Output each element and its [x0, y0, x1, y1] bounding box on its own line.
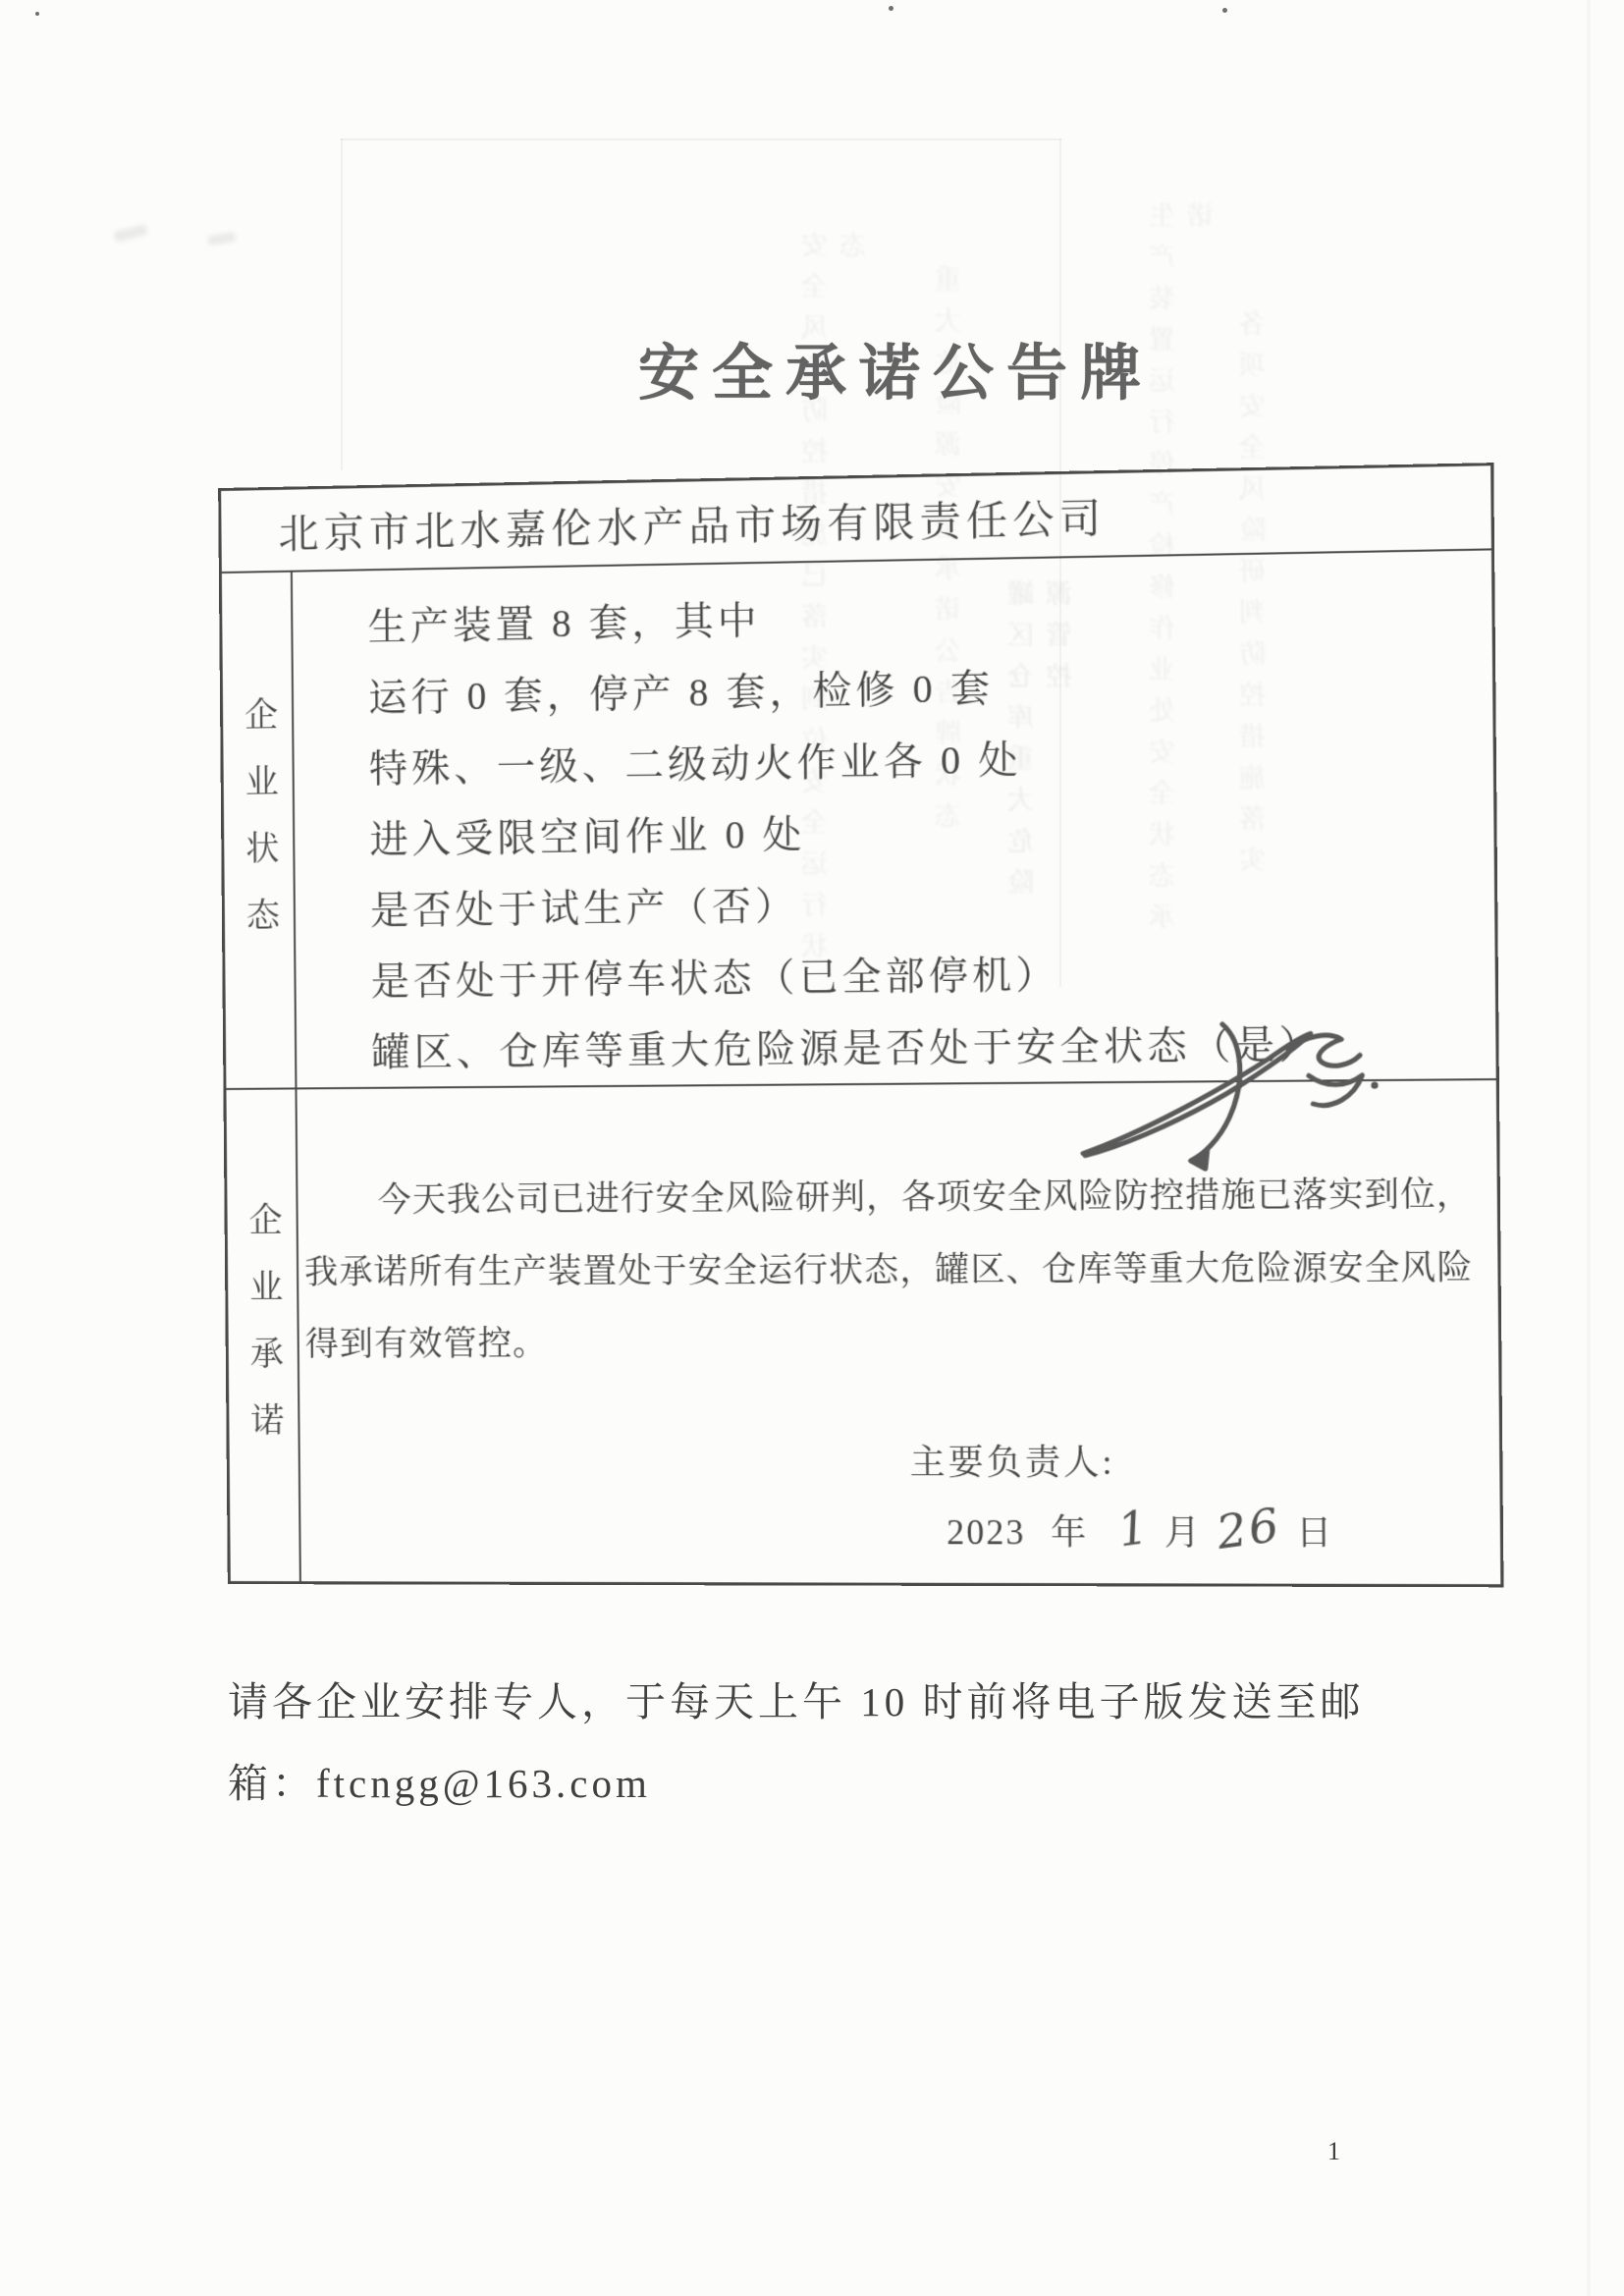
handwritten-day: 26: [1214, 1498, 1285, 1559]
status-line: 进入受限空间作业 0 处: [369, 791, 1494, 877]
scan-streak: [1587, 0, 1591, 2296]
status-label-cell: 企业状态: [222, 573, 298, 1090]
date-year: 2023: [947, 1513, 1026, 1553]
scan-speck: [1222, 8, 1227, 13]
handwritten-month: 1: [1113, 1500, 1153, 1558]
scan-smudge: [207, 232, 236, 246]
company-name: 北京市北水嘉伦水产品市场有限责任公司: [278, 485, 1106, 560]
scan-smudge: [113, 224, 148, 243]
responsible-person-label: 主要负责人:: [909, 1436, 1115, 1486]
status-line: 是否处于开停车状态（已全部停机）: [370, 935, 1495, 1017]
status-line: 是否处于试生产（否）: [370, 862, 1495, 947]
scan-speck: [35, 12, 39, 16]
bleedthrough-line-horizontal: [341, 138, 1061, 140]
footer-note-line: 箱：ftcngg@163.com: [228, 1743, 1365, 1825]
date-year-unit: 年: [1051, 1513, 1089, 1553]
footer-note-line: 请各企业安排专人，于每天上午 10 时前将电子版发送至邮: [228, 1662, 1365, 1743]
footer-note: 请各企业安排专人，于每天上午 10 时前将电子版发送至邮 箱：ftcngg@16…: [228, 1662, 1365, 1825]
commitment-content-cell: 今天我公司已进行安全风险研判，各项安全风险防控措施已落实到位，我承诺所有生产装置…: [297, 1080, 1500, 1584]
document-title: 安全承诺公告牌: [638, 324, 1154, 411]
page-number: 1: [1327, 2137, 1340, 2166]
status-content-cell: 生产装置 8 套，其中 运行 0 套，停产 8 套，检修 0 套 特殊、一级、二…: [293, 550, 1496, 1089]
scan-speck: [889, 6, 893, 11]
date-month-unit: 月: [1164, 1513, 1203, 1553]
handwritten-signature: [1067, 1018, 1385, 1196]
commitment-table: 北京市北水嘉伦水产品市场有限责任公司 企业状态 生产装置 8 套，其中 运行 0…: [218, 463, 1503, 1587]
status-label: 企业状态: [233, 696, 283, 964]
commitment-label-cell: 企业承诺: [226, 1089, 300, 1581]
scanned-document-page: 安全风险防控措施已落实到位安全运行状态 重大危险源安全承诺公告牌状态 罐区仓库重…: [0, 0, 1624, 2296]
commitment-label: 企业承诺: [238, 1202, 288, 1469]
bleedthrough-line-vertical-left: [341, 138, 343, 470]
commitment-date: 2023 年 1 月 26 日: [947, 1502, 1334, 1557]
date-day-unit: 日: [1296, 1513, 1334, 1553]
